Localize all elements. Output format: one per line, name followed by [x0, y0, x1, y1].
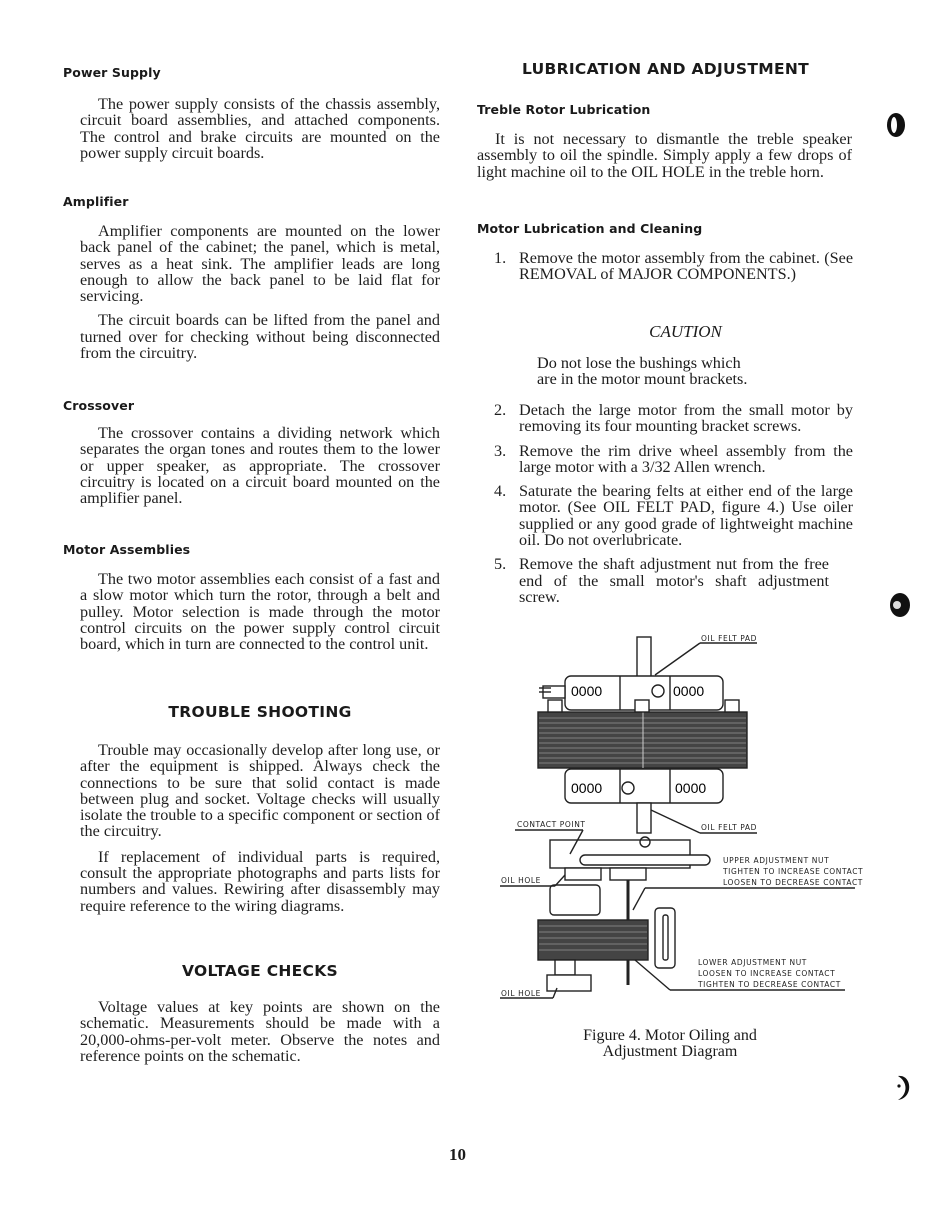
label-oil-hole-lower: OIL HOLE	[501, 989, 541, 998]
label-contact-point: CONTACT POINT	[517, 820, 586, 829]
amplifier-text-1: Amplifier components are mounted on the …	[80, 223, 440, 304]
trouble-shooting-heading: TROUBLE SHOOTING	[80, 703, 440, 721]
step-5-text: Remove the shaft adjustment nut from the…	[519, 555, 829, 606]
caution-box: CAUTION	[518, 322, 853, 342]
lubrication-heading: LUBRICATION AND ADJUSTMENT	[478, 60, 853, 78]
step-5-number: 5.	[494, 556, 506, 572]
label-lower-nut-1: LOWER ADJUSTMENT NUT	[698, 958, 807, 967]
label-upper-nut-1: UPPER ADJUSTMENT NUT	[723, 856, 829, 865]
hole-pattern-upper-left: 0000	[571, 683, 602, 699]
amplifier-text-2: The circuit boards can be lifted from th…	[80, 312, 440, 361]
power-supply-heading: Power Supply	[63, 65, 443, 80]
voltage-checks-heading: VOLTAGE CHECKS	[80, 962, 440, 980]
figure-caption: Figure 4. Motor Oiling and Adjustment Di…	[520, 1028, 820, 1060]
amplifier-heading: Amplifier	[63, 194, 128, 209]
treble-rotor-text: It is not necessary to dismantle the tre…	[477, 131, 852, 180]
label-lower-nut-3: TIGHTEN TO DECREASE CONTACT	[697, 980, 841, 989]
step-2-number: 2.	[494, 402, 506, 418]
hole-pattern-lower-right: 0000	[675, 780, 706, 796]
caution-line-2: are in the motor mount brackets.	[537, 371, 837, 387]
step-3: 3. Remove the rim drive wheel assembly f…	[478, 443, 853, 476]
treble-rotor-heading: Treble Rotor Lubrication	[477, 102, 650, 117]
label-lower-nut-2: LOOSEN TO INCREASE CONTACT	[698, 969, 835, 978]
caption-line-1: Figure 4. Motor Oiling and	[520, 1028, 820, 1044]
step-3-number: 3.	[494, 443, 506, 459]
trouble-shooting-text-2: If replacement of individual parts is re…	[80, 849, 440, 914]
binder-hole-icon	[888, 588, 914, 622]
crossover-heading: Crossover	[63, 398, 134, 413]
motor-oiling-diagram: 0000 0000 0000 0000 OIL FELT PAD OIL FEL…	[495, 630, 875, 1010]
step-4-number: 4.	[494, 483, 506, 499]
hole-pattern-upper-right: 0000	[673, 683, 704, 699]
crossover-text: The crossover contains a dividing networ…	[80, 425, 440, 506]
binder-hole-icon	[892, 1070, 918, 1104]
caution-title: CAUTION	[518, 322, 853, 342]
step-1: 1. Remove the motor assembly from the ca…	[478, 250, 853, 283]
caution-line-1: Do not lose the bushings which	[537, 355, 837, 371]
step-list-1: 1. Remove the motor assembly from the ca…	[478, 250, 853, 283]
power-supply-text: The power supply consists of the chassis…	[80, 96, 440, 161]
motor-assemblies-heading: Motor Assemblies	[63, 542, 190, 557]
step-4: 4. Saturate the bearing felts at either …	[478, 483, 853, 548]
page-number: 10	[449, 1145, 466, 1165]
caption-line-2: Adjustment Diagram	[520, 1044, 820, 1060]
step-5: 5. Remove the shaft adjustment nut from …	[478, 556, 829, 605]
manual-page: Power Supply The power supply consists o…	[0, 0, 952, 1226]
label-oil-hole-upper: OIL HOLE	[501, 876, 541, 885]
hole-pattern-lower-left: 0000	[571, 780, 602, 796]
motor-assemblies-text: The two motor assemblies each consist of…	[80, 571, 440, 652]
motor-lubrication-heading: Motor Lubrication and Cleaning	[477, 221, 702, 236]
step-2-text: Detach the large motor from the small mo…	[519, 401, 853, 435]
label-upper-nut-3: LOOSEN TO DECREASE CONTACT	[723, 878, 863, 887]
step-4-text: Saturate the bearing felts at either end…	[519, 482, 853, 549]
label-oil-felt-pad-top: OIL FELT PAD	[701, 634, 757, 643]
step-2: 2. Detach the large motor from the small…	[478, 402, 853, 435]
step-1-number: 1.	[494, 250, 506, 266]
step-3-text: Remove the rim drive wheel assembly from…	[519, 442, 853, 476]
label-upper-nut-2: TIGHTEN TO INCREASE CONTACT	[722, 867, 863, 876]
label-oil-felt-pad-bottom: OIL FELT PAD	[701, 823, 757, 832]
binder-hole-icon	[884, 108, 910, 142]
voltage-checks-text: Voltage values at key points are shown o…	[80, 999, 440, 1064]
section-power-supply: Power Supply	[63, 65, 443, 80]
step-list-2: 2. Detach the large motor from the small…	[478, 402, 853, 605]
step-1-text: Remove the motor assembly from the cabin…	[519, 249, 853, 283]
trouble-shooting-text-1: Trouble may occasionally develop after l…	[80, 742, 440, 840]
